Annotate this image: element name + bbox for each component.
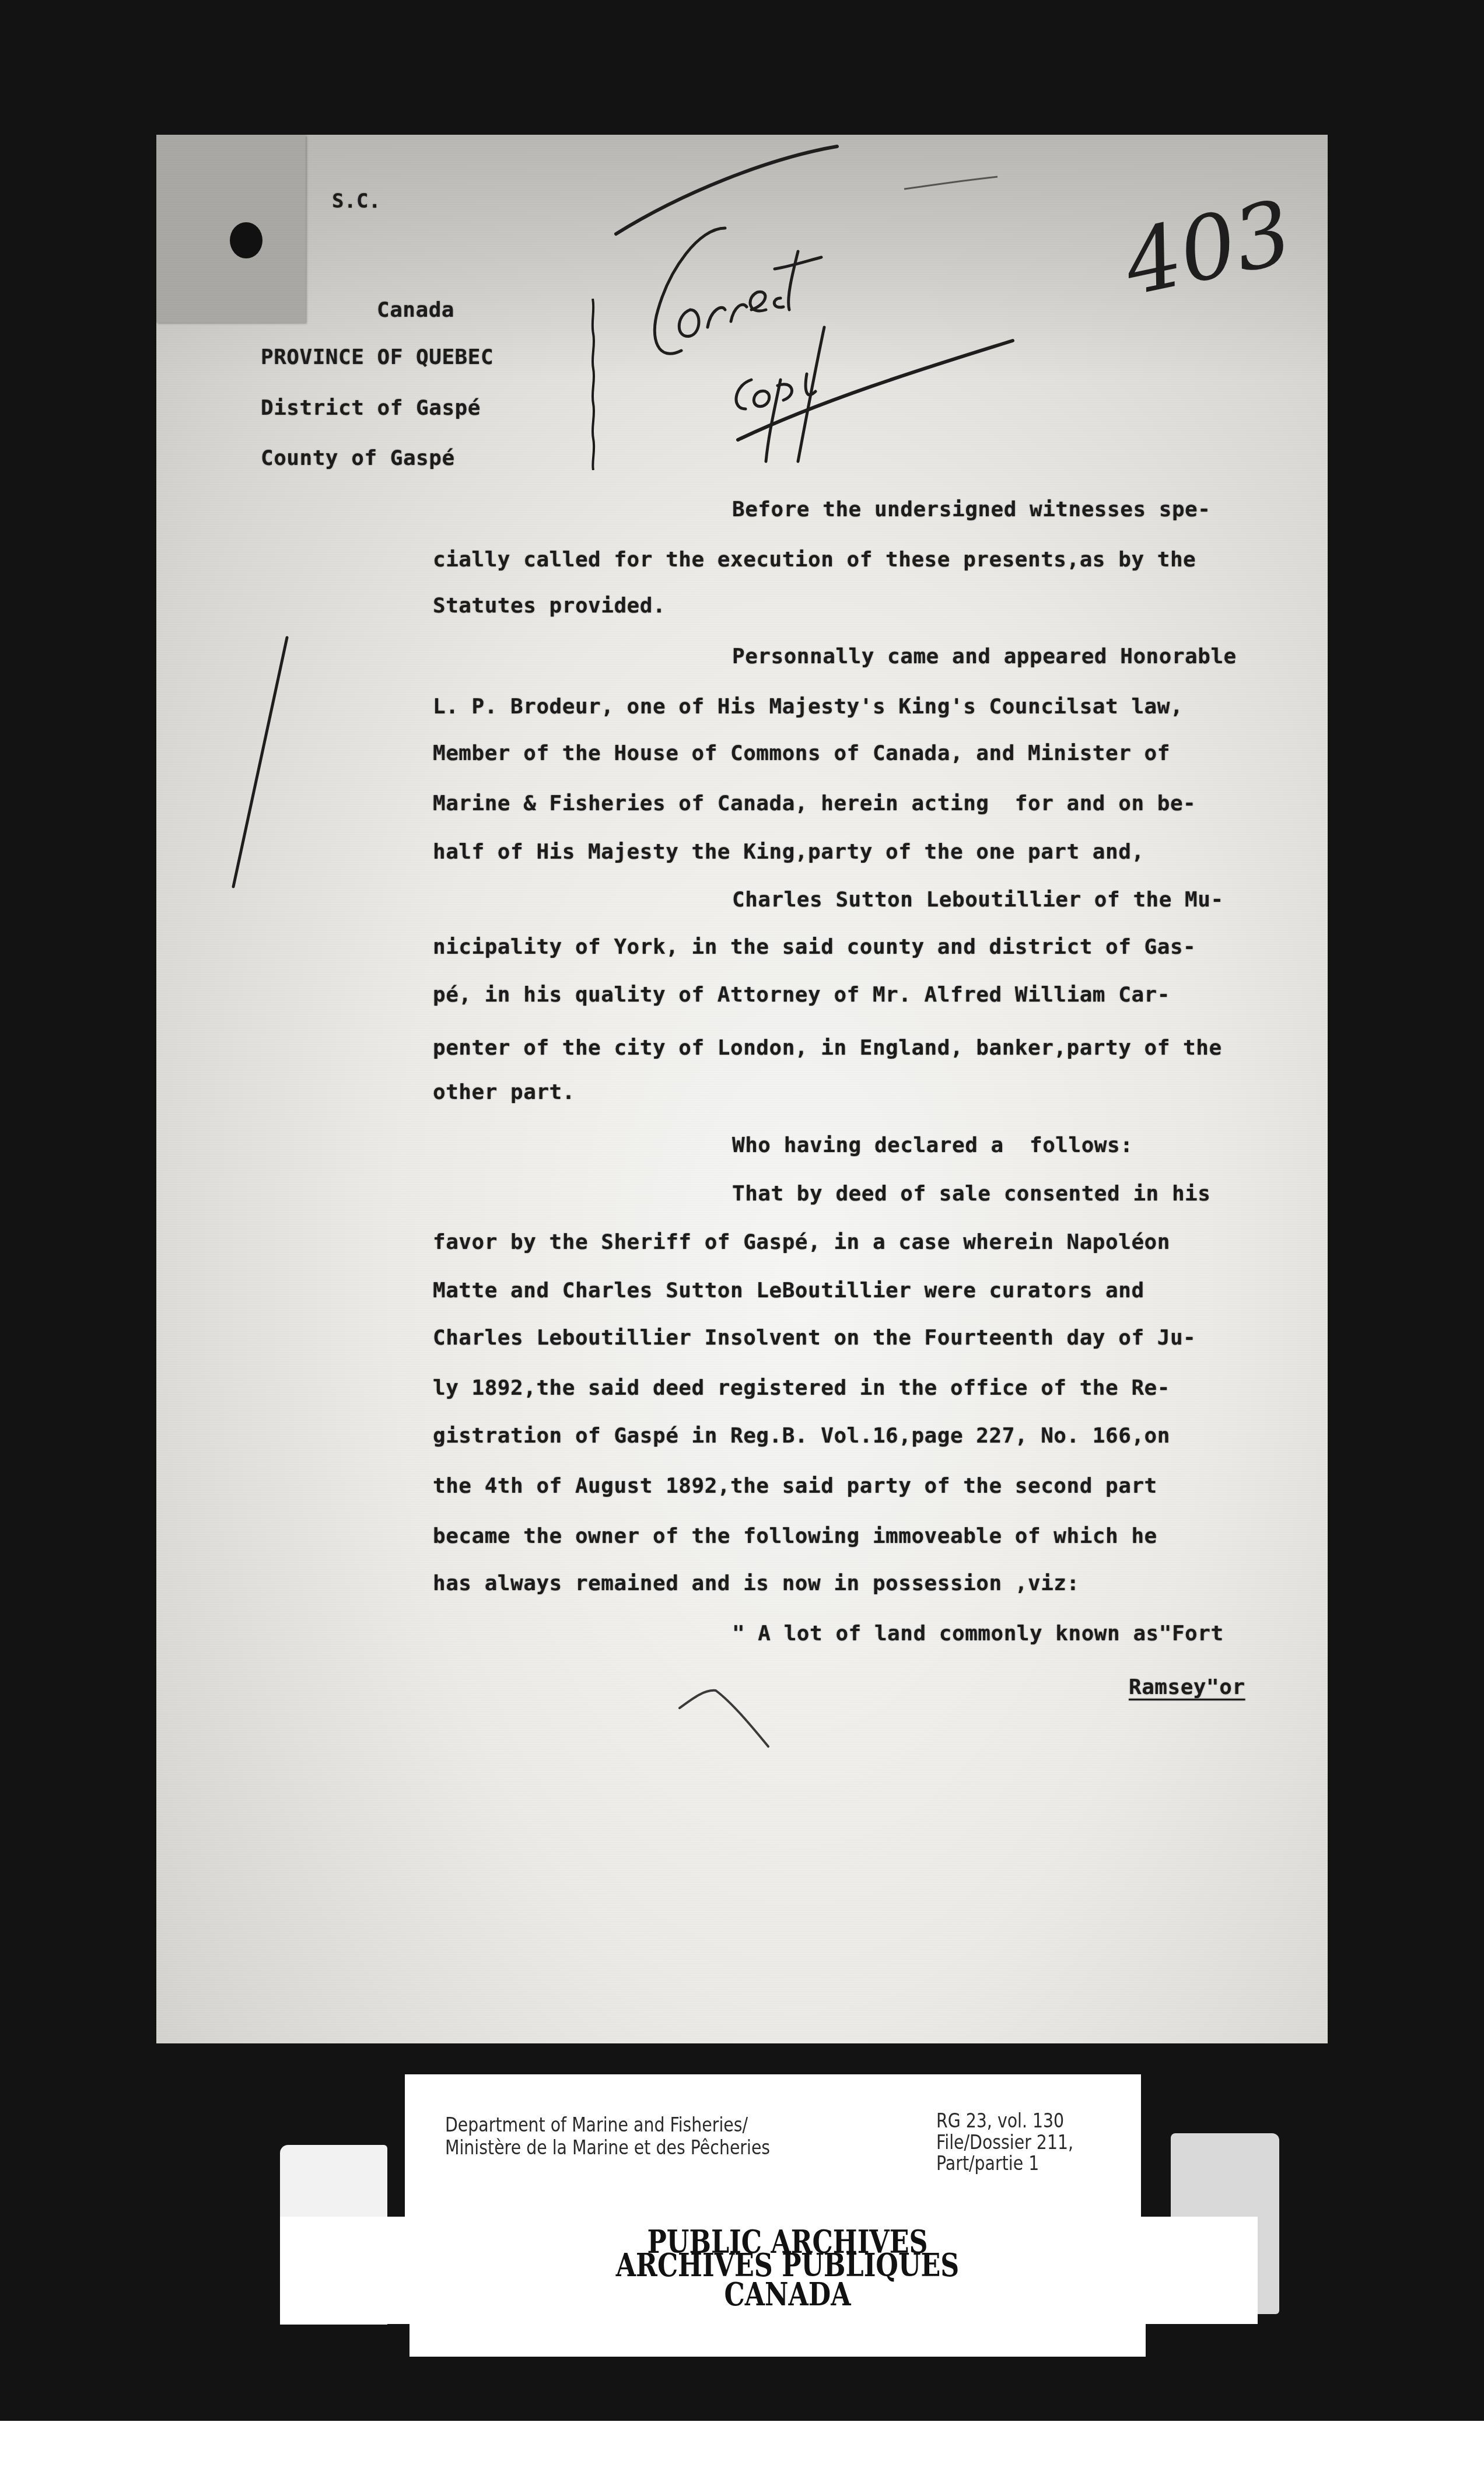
body-line: other part. bbox=[433, 1082, 575, 1103]
body-line: half of His Majesty the King,party of th… bbox=[433, 842, 1144, 863]
header-province: PROVINCE OF QUEBEC bbox=[261, 347, 494, 368]
body-line: Personnally came and appeared Honorable bbox=[732, 646, 1237, 667]
body-line: " A lot of land commonly known as"Fort bbox=[732, 1623, 1224, 1644]
label-department-en: Department of Marine and Fisheries/ bbox=[445, 2114, 748, 2136]
label-reference-3: Part/partie 1 bbox=[936, 2152, 1039, 2174]
archive-label-bottom bbox=[409, 2310, 1146, 2357]
body-line: Who having declared a follows: bbox=[732, 1135, 1133, 1156]
label-reference-2: File/Dossier 211, bbox=[936, 2131, 1073, 2153]
body-line: Statutes provided. bbox=[433, 596, 666, 617]
body-line: gistration of Gaspé in Reg.B. Vol.16,pag… bbox=[433, 1426, 1170, 1447]
body-line: Member of the House of Commons of Canada… bbox=[433, 743, 1170, 764]
document-page: S.C. Canada PROVINCE OF QUEBEC District … bbox=[156, 135, 1328, 2043]
body-line: Matte and Charles Sutton LeBoutillier we… bbox=[433, 1280, 1144, 1301]
body-line: L. P. Brodeur, one of His Majesty's King… bbox=[433, 696, 1183, 717]
label-reference-1: RG 23, vol. 130 bbox=[936, 2110, 1064, 2131]
header-district: District of Gaspé bbox=[261, 398, 481, 419]
body-line: Charles Leboutillier Insolvent on the Fo… bbox=[433, 1328, 1196, 1349]
label-department-fr: Ministère de la Marine et des Pêcheries bbox=[445, 2137, 770, 2158]
curly-bracket-icon bbox=[590, 299, 596, 470]
body-line: pé, in his quality of Attorney of Mr. Al… bbox=[433, 985, 1170, 1006]
folded-corner-flap bbox=[156, 135, 306, 323]
page-shading bbox=[156, 135, 1328, 380]
body-line: has always remained and is now in posses… bbox=[433, 1573, 1080, 1594]
body-line: ly 1892,the said deed registered in the … bbox=[433, 1378, 1170, 1399]
punch-hole-icon bbox=[230, 222, 262, 258]
frame-bottom-strip bbox=[0, 2421, 1484, 2478]
header-county: County of Gaspé bbox=[261, 448, 455, 469]
body-line: Marine & Fisheries of Canada, herein act… bbox=[433, 793, 1196, 814]
body-line: Before the undersigned witnesses spe- bbox=[732, 499, 1210, 520]
handwritten-annotations: 403 bbox=[156, 135, 1328, 2043]
body-line: penter of the city of London, in England… bbox=[433, 1038, 1222, 1059]
body-line: Charles Sutton Leboutillier of the Mu- bbox=[732, 890, 1224, 911]
body-line: cially called for the execution of these… bbox=[433, 549, 1196, 570]
body-line: favor by the Sheriff of Gaspé, in a case… bbox=[433, 1232, 1170, 1253]
body-line: the 4th of August 1892,the said party of… bbox=[433, 1476, 1157, 1497]
body-line: nicipality of York, in the said county a… bbox=[433, 937, 1196, 958]
file-code: S.C. bbox=[332, 191, 381, 212]
stamp-canada: CANADA bbox=[620, 2280, 955, 2309]
header-country: Canada bbox=[377, 300, 454, 321]
body-line: That by deed of sale consented in his bbox=[732, 1184, 1210, 1205]
last-line: Ramsey"or bbox=[1129, 1677, 1245, 1698]
body-line: became the owner of the following immove… bbox=[433, 1526, 1157, 1547]
